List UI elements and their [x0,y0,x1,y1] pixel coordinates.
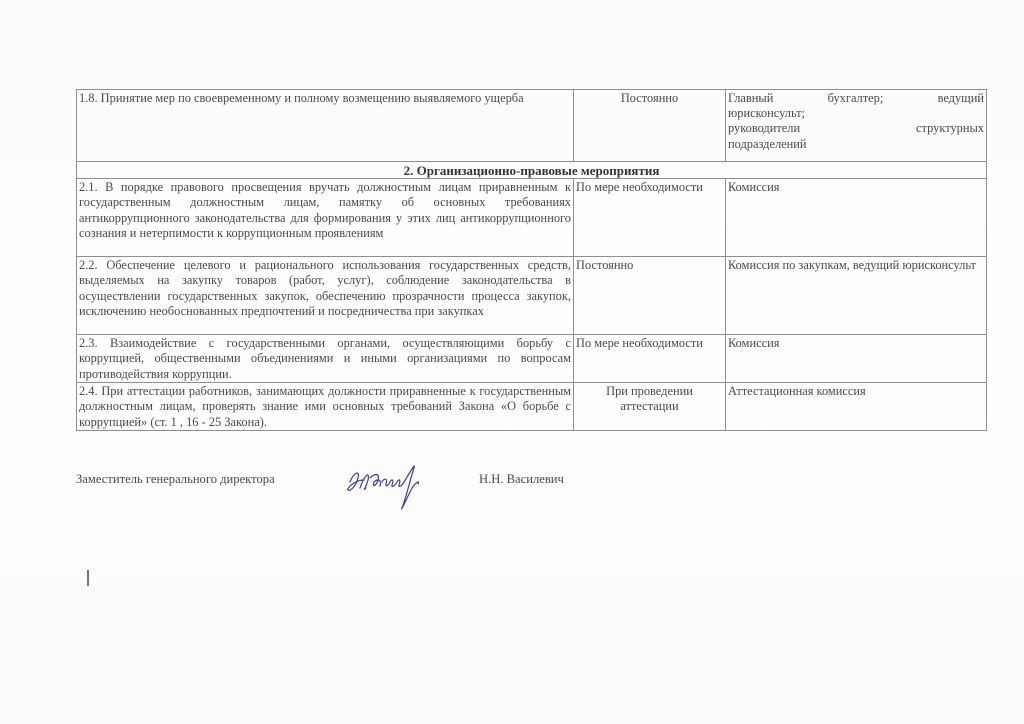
table-row: 2.4. При аттестации работников, занимающ… [77,383,987,431]
table-row: 2.1. В порядке правового просвещения вру… [77,179,987,257]
term-cell: По мере необходимости [574,179,726,257]
responsible-cell: Главный бухгалтер; ведущий юрисконсульт;… [726,90,987,162]
section-title: 2. Организационно-правовые мероприятия [77,162,987,179]
table-row: 2.2. Обеспечение целевого и рациональног… [77,257,987,335]
scanned-page: 1.8. Принятие мер по своевременному и по… [0,0,1024,724]
signatory-name: Н.Н. Василевич [479,472,564,487]
signature-block: Заместитель генерального директора Н.Н. … [76,470,636,520]
responsible-cell: Комиссия [726,335,987,383]
section-header-row: 2. Организационно-правовые мероприятия [77,162,987,179]
measure-cell: 2.1. В порядке правового просвещения вру… [77,179,574,257]
signatory-position: Заместитель генерального директора [76,472,275,487]
measure-cell: 1.8. Принятие мер по своевременному и по… [77,90,574,162]
scan-artifact-mark [87,570,89,586]
responsible-cell: Комиссия [726,179,987,257]
measure-cell: 2.2. Обеспечение целевого и рациональног… [77,257,574,335]
table-row: 1.8. Принятие мер по своевременному и по… [77,90,987,162]
table-row: 2.3. Взаимодействие с государственными о… [77,335,987,383]
measure-cell: 2.4. При аттестации работников, занимающ… [77,383,574,431]
handwritten-signature-icon [344,458,439,518]
responsible-line: юрисконсульт; [728,106,984,121]
responsible-cell: Аттестационная комиссия [726,383,987,431]
measures-table: 1.8. Принятие мер по своевременному и по… [76,89,987,431]
term-cell: Постоянно [574,90,726,162]
responsible-line: руководители структурных [728,121,984,136]
responsible-cell: Комиссия по закупкам, ведущий юрисконсул… [726,257,987,335]
term-cell: При проведении аттестации [574,383,726,431]
responsible-line: подразделений [728,137,984,152]
term-cell: По мере необходимости [574,335,726,383]
responsible-line: Главный бухгалтер; ведущий [728,91,984,106]
measure-cell: 2.3. Взаимодействие с государственными о… [77,335,574,383]
term-cell: Постоянно [574,257,726,335]
